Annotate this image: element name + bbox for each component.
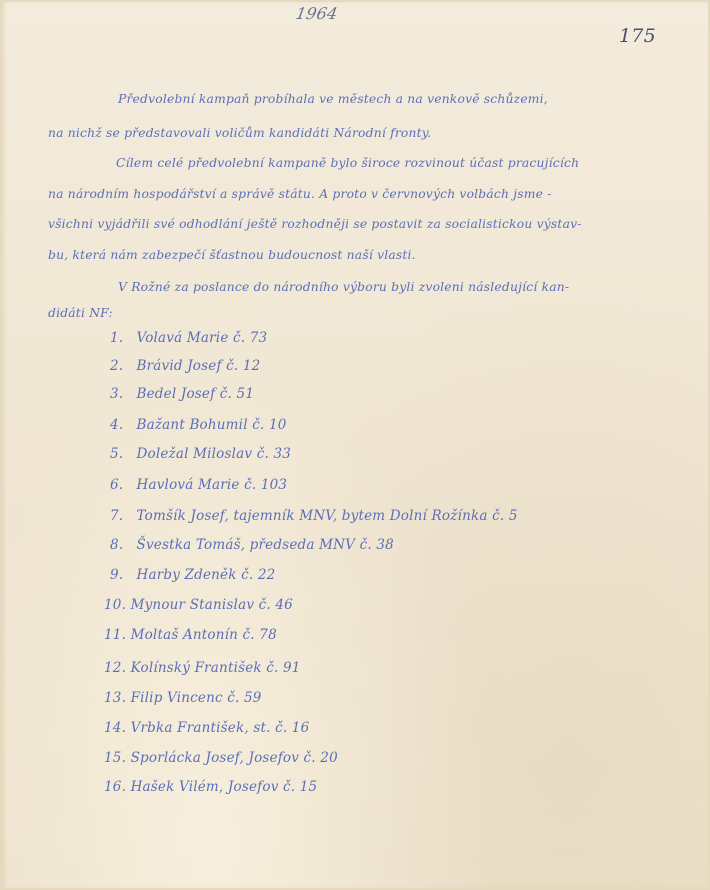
year-annotation: 1964 [294, 4, 339, 23]
item-number: 16. [104, 779, 126, 795]
item-number: 2. [110, 358, 132, 374]
item-text: Havlová Marie č. 103 [137, 477, 288, 493]
item-number: 7. [110, 508, 132, 524]
item-text: Doležal Miloslav č. 33 [137, 446, 292, 462]
item-text: Volavá Marie č. 73 [137, 330, 268, 346]
item-text: Harby Zdeněk č. 22 [137, 567, 276, 583]
list-item: 7. Tomšík Josef, tajemník MNV, bytem Dol… [110, 508, 518, 524]
item-number: 15. [104, 750, 126, 766]
item-number: 1. [110, 330, 132, 346]
item-text: Filip Vincenc č. 59 [131, 690, 262, 706]
list-item: 5. Doležal Miloslav č. 33 [110, 446, 291, 462]
item-number: 14. [104, 720, 126, 736]
list-item: 14. Vrbka František, st. č. 16 [104, 720, 309, 736]
text-line: na národním hospodářství a správě státu.… [48, 187, 552, 201]
item-number: 3. [110, 386, 132, 402]
item-text: Bažant Bohumil č. 10 [137, 417, 287, 433]
text-line: na nichž se představovali voličům kandid… [48, 126, 431, 140]
list-item: 6. Havlová Marie č. 103 [110, 477, 287, 493]
text-line: Cílem celé předvolební kampaně bylo širo… [116, 156, 579, 170]
text-line: všichni vyjádřili své odhodlání ještě ro… [48, 217, 582, 231]
list-item: 15. Sporlácka Josef, Josefov č. 20 [104, 750, 338, 766]
list-item: 3. Bedel Josef č. 51 [110, 386, 254, 402]
list-item: 10. Mynour Stanislav č. 46 [104, 597, 293, 613]
list-item: 16. Hašek Vilém, Josefov č. 15 [104, 779, 317, 795]
item-text: Tomšík Josef, tajemník MNV, bytem Dolní … [137, 508, 518, 524]
item-number: 11. [104, 627, 126, 643]
list-item: 8. Švestka Tomáš, předseda MNV č. 38 [110, 537, 394, 553]
item-text: Moltaš Antonín č. 78 [131, 627, 277, 643]
item-text: Kolínský František č. 91 [131, 660, 301, 676]
item-text: Brávid Josef č. 12 [137, 358, 261, 374]
item-number: 9. [110, 567, 132, 583]
list-item: 12. Kolínský František č. 91 [104, 660, 301, 676]
item-text: Bedel Josef č. 51 [137, 386, 255, 402]
text-line: didáti NF: [48, 306, 113, 320]
list-item: 13. Filip Vincenc č. 59 [104, 690, 262, 706]
text-line: V Rožné za poslance do národního výboru … [118, 280, 569, 294]
item-text: Vrbka František, st. č. 16 [131, 720, 310, 736]
page-number: 175 [619, 25, 656, 47]
item-number: 12. [104, 660, 126, 676]
item-number: 4. [110, 417, 132, 433]
text-line: bu, která nám zabezpečí šťastnou budoucn… [48, 248, 416, 262]
list-item: 2. Brávid Josef č. 12 [110, 358, 260, 374]
item-text: Švestka Tomáš, předseda MNV č. 38 [137, 537, 394, 553]
list-item: 9. Harby Zdeněk č. 22 [110, 567, 275, 583]
list-item: 4. Bažant Bohumil č. 10 [110, 417, 287, 433]
item-text: Mynour Stanislav č. 46 [131, 597, 293, 613]
list-item: 1. Volavá Marie č. 73 [110, 330, 267, 346]
text-line: Předvolební kampaň probíhala ve městech … [118, 92, 548, 106]
item-number: 8. [110, 537, 132, 553]
item-text: Hašek Vilém, Josefov č. 15 [131, 779, 318, 795]
document-page: 1964 175 Předvolební kampaň probíhala ve… [0, 0, 710, 890]
item-number: 6. [110, 477, 132, 493]
item-number: 5. [110, 446, 132, 462]
item-number: 10. [104, 597, 126, 613]
item-number: 13. [104, 690, 126, 706]
list-item: 11. Moltaš Antonín č. 78 [104, 627, 277, 643]
item-text: Sporlácka Josef, Josefov č. 20 [131, 750, 338, 766]
